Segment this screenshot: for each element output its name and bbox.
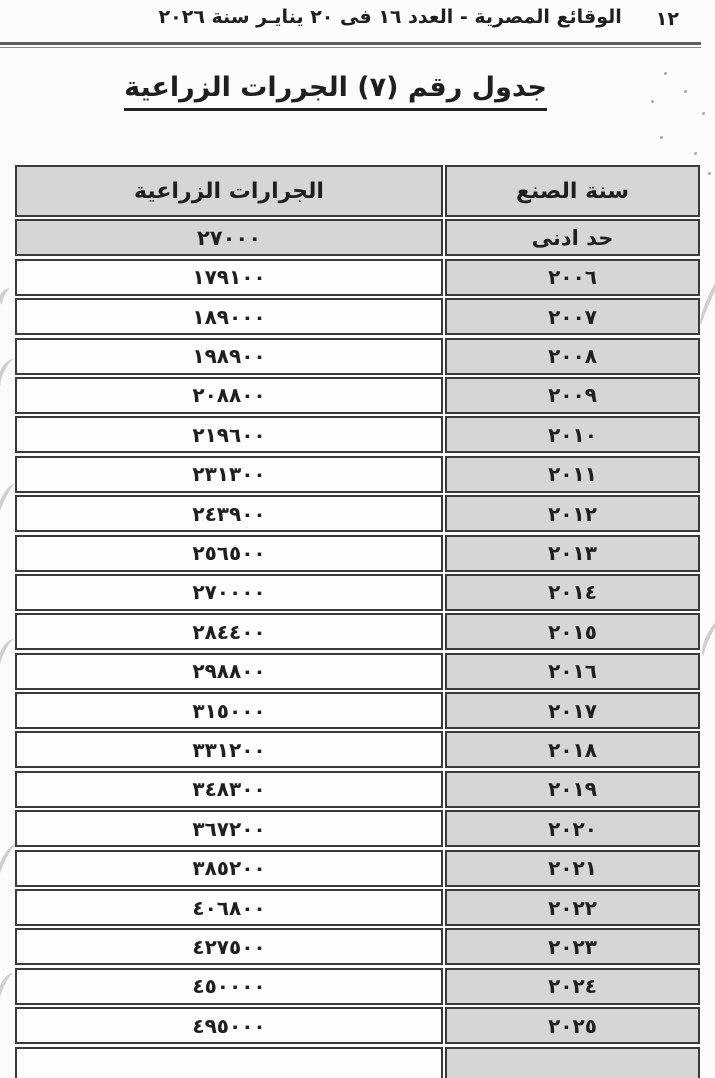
minimum-row: حد ادنى ٢٧٠٠٠ (15, 219, 700, 256)
value-cell: ٤٢٧٥٠٠ (15, 928, 443, 965)
page-header: ١٢ الوقائع المصرية - العدد ١٦ فى ٢٠ يناي… (0, 6, 715, 30)
table-row: ٢٠٢٥ ٤٩٥٠٠٠ (15, 1007, 700, 1044)
header-divider-rule (0, 42, 701, 48)
scan-speck (702, 112, 705, 115)
value-cell (15, 1047, 443, 1078)
table-row: ٢٠٠٩ ٢٠٨٨٠٠ (15, 377, 700, 414)
table-row: ٢٠١٤ ٢٧٠٠٠٠ (15, 574, 700, 611)
table-row: ٢٠١٦ ٢٩٨٨٠٠ (15, 653, 700, 690)
year-cell: ٢٠٢٤ (445, 968, 700, 1005)
value-cell: ٣٦٧٢٠٠ (15, 810, 443, 847)
table-rows: ٢٠٠٦ ١٧٩١٠٠ ٢٠٠٧ ١٨٩٠٠٠ ٢٠٠٨ ١٩٨٩٠٠ ٢٠٠٩… (15, 259, 700, 1044)
value-cell: ١٧٩١٠٠ (15, 259, 443, 296)
table-row: ٢٠١١ ٢٣١٣٠٠ (15, 456, 700, 493)
value-cell: ٢٨٤٤٠٠ (15, 613, 443, 650)
year-cell: ٢٠١٩ (445, 771, 700, 808)
year-cell: ٢٠١٧ (445, 692, 700, 729)
journal-issue-line: الوقائع المصرية - العدد ١٦ فى ٢٠ ينايـر … (159, 6, 622, 28)
year-cell: ٢٠٢٥ (445, 1007, 700, 1044)
year-cell: ٢٠٢٣ (445, 928, 700, 965)
year-cell: ٢٠١٨ (445, 731, 700, 768)
tractor-value-table: سنة الصنع الجرارات الزراعية حد ادنى ٢٧٠٠… (15, 165, 700, 1078)
year-cell: ٢٠٠٩ (445, 377, 700, 414)
scan-speck (694, 152, 697, 155)
year-cell: ٢٠١٦ (445, 653, 700, 690)
year-cell: ٢٠١٣ (445, 535, 700, 572)
value-cell: ٣٨٥٢٠٠ (15, 850, 443, 887)
table-header-row: سنة الصنع الجرارات الزراعية (15, 165, 700, 217)
minimum-value-cell: ٢٧٠٠٠ (15, 219, 443, 256)
year-cell: ٢٠٠٨ (445, 338, 700, 375)
minimum-label-cell: حد ادنى (445, 219, 700, 256)
year-cell: ٢٠٢٠ (445, 810, 700, 847)
value-cell: ٢١٩٦٠٠ (15, 416, 443, 453)
value-cell: ٢٣١٣٠٠ (15, 456, 443, 493)
value-cell: ١٩٨٩٠٠ (15, 338, 443, 375)
table-row: ٢٠٢٣ ٤٢٧٥٠٠ (15, 928, 700, 965)
value-cell: ٣٤٨٣٠٠ (15, 771, 443, 808)
value-cell: ٢٤٣٩٠٠ (15, 495, 443, 532)
year-cell: ٢٠١٢ (445, 495, 700, 532)
year-cell: ٢٠١٥ (445, 613, 700, 650)
scan-smudge (698, 617, 715, 659)
table-row: ٢٠٠٦ ١٧٩١٠٠ (15, 259, 700, 296)
scan-speck (708, 172, 711, 175)
year-cell: ٢٠١٠ (445, 416, 700, 453)
table-row: ٢٠١٢ ٢٤٣٩٠٠ (15, 495, 700, 532)
year-cell: ٢٠٠٧ (445, 298, 700, 335)
table-row: ٢٠٢٢ ٤٠٦٨٠٠ (15, 889, 700, 926)
year-cell: ٢٠٢١ (445, 850, 700, 887)
value-cell: ٢٩٨٨٠٠ (15, 653, 443, 690)
clipped-bottom-row (15, 1047, 700, 1078)
page-number: ١٢ (656, 6, 679, 30)
value-cell: ٢٧٠٠٠٠ (15, 574, 443, 611)
page-title: جدول رقم (٧) الجررات الزراعية (124, 72, 547, 111)
gazette-page: { "page": { "number": "١٢", "header_text… (0, 0, 715, 1078)
value-cell: ٤٠٦٨٠٠ (15, 889, 443, 926)
value-cell: ٢٠٨٨٠٠ (15, 377, 443, 414)
value-cell: ٢٥٦٥٠٠ (15, 535, 443, 572)
value-cell: ٤٩٥٠٠٠ (15, 1007, 443, 1044)
year-cell: ٢٠١٤ (445, 574, 700, 611)
scan-speck (684, 90, 687, 93)
table-row: ٢٠١٨ ٣٣١٢٠٠ (15, 731, 700, 768)
value-cell: ١٨٩٠٠٠ (15, 298, 443, 335)
year-cell: ٢٠٠٦ (445, 259, 700, 296)
table-row: ٢٠٠٨ ١٩٨٩٠٠ (15, 338, 700, 375)
value-cell: ٤٥٠٠٠٠ (15, 968, 443, 1005)
year-cell: ٢٠٢٢ (445, 889, 700, 926)
table-row: ٢٠٢٤ ٤٥٠٠٠٠ (15, 968, 700, 1005)
title-container: جدول رقم (٧) الجررات الزراعية (0, 72, 671, 111)
table-row: ٢٠١٩ ٣٤٨٣٠٠ (15, 771, 700, 808)
year-column-header: سنة الصنع (445, 165, 700, 217)
table-row: ٢٠١٠ ٢١٩٦٠٠ (15, 416, 700, 453)
table-row: ٢٠١٧ ٣١٥٠٠٠ (15, 692, 700, 729)
value-column-header: الجرارات الزراعية (15, 165, 443, 217)
table-row: ٢٠١٥ ٢٨٤٤٠٠ (15, 613, 700, 650)
value-cell: ٣٣١٢٠٠ (15, 731, 443, 768)
table-row: ٢٠١٣ ٢٥٦٥٠٠ (15, 535, 700, 572)
year-cell: ٢٠١١ (445, 456, 700, 493)
table-row: ٢٠٢٠ ٣٦٧٢٠٠ (15, 810, 700, 847)
value-cell: ٣١٥٠٠٠ (15, 692, 443, 729)
scan-speck (660, 136, 663, 139)
year-cell (445, 1047, 700, 1078)
table-row: ٢٠٠٧ ١٨٩٠٠٠ (15, 298, 700, 335)
table-row: ٢٠٢١ ٣٨٥٢٠٠ (15, 850, 700, 887)
